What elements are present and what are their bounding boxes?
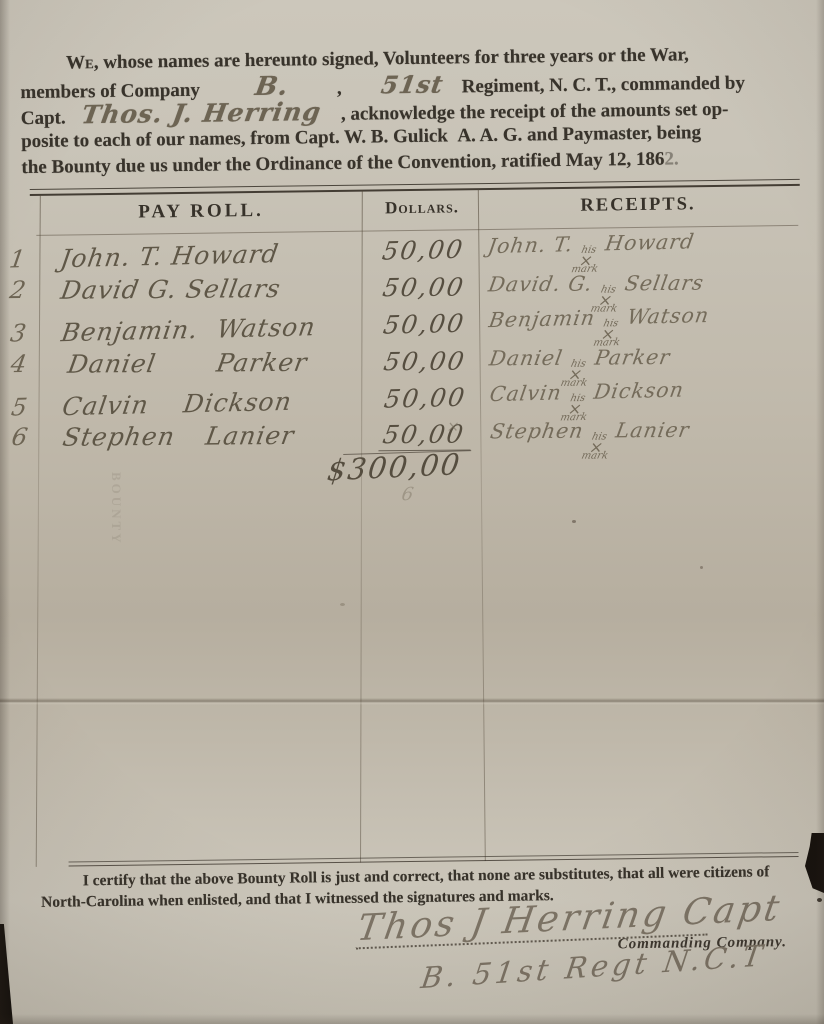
intro-line-5-text: the Bounty due us under the Ordinance of… bbox=[21, 149, 664, 178]
bounty-amount: 50,00 bbox=[380, 235, 466, 266]
receipt-name-pre: Benjamin bbox=[487, 305, 597, 332]
row-number: 1 bbox=[7, 245, 28, 273]
column-header-dollars: Dollars. bbox=[364, 197, 480, 229]
receipt-name-post: Howard bbox=[604, 229, 697, 255]
soldier-name: Daniel Parker bbox=[66, 347, 310, 378]
soldier-name: David G. Sellars bbox=[59, 274, 283, 305]
receipt-name-pre: John. T. bbox=[486, 232, 575, 258]
paper-edge-shadow-left bbox=[0, 0, 10, 1024]
receipt-name-post: Watson bbox=[626, 303, 711, 329]
regiment-number-handwritten: 51st bbox=[380, 72, 446, 99]
receipt-name-pre: David. G. bbox=[487, 271, 595, 296]
paper-speck bbox=[340, 603, 345, 606]
bounty-amount: 50,00 bbox=[381, 272, 467, 302]
spacer bbox=[342, 93, 382, 94]
company-letter-handwritten: B. bbox=[254, 74, 291, 100]
total-amount: $300,00 bbox=[325, 447, 463, 488]
receipt-name-pre: Stephen bbox=[489, 419, 586, 444]
scanned-bounty-roll-document: We, whose names are hereunto signed, Vol… bbox=[0, 0, 824, 1024]
row-number: 5 bbox=[9, 393, 30, 421]
his-mark-stack: his×mark bbox=[593, 320, 625, 348]
spacer bbox=[289, 94, 337, 95]
row-number: 2 bbox=[8, 276, 29, 304]
paper-speck bbox=[572, 520, 576, 523]
soldier-name: Calvin Dickson bbox=[60, 386, 294, 421]
bounty-amount: 50,00 bbox=[382, 346, 468, 376]
spacer bbox=[200, 95, 256, 96]
fold-crease bbox=[0, 698, 824, 705]
column-header-payroll: PAY ROLL. bbox=[38, 199, 364, 233]
soldier-name: Benjamin. Watson bbox=[59, 312, 317, 347]
receipt-signature: Calvinhis×markDickson bbox=[485, 377, 685, 424]
captain-name-handwritten: Thos. J. Herring bbox=[80, 99, 323, 128]
receipt-name-pre: Calvin bbox=[488, 380, 563, 406]
paper-edge-shadow-bottom bbox=[0, 1014, 824, 1024]
soldier-name: Stephen Lanier bbox=[61, 421, 297, 452]
intro-paragraph: We, whose names are hereunto signed, Vol… bbox=[20, 41, 806, 181]
payroll-rows: 1 John. T. Howard 50,00 John. T.his×mark… bbox=[0, 231, 823, 463]
receipt-signature: John. T.his×markHoward bbox=[483, 229, 696, 276]
bleedthrough-stamp: BOUNTY bbox=[108, 472, 124, 546]
column-header-receipts: RECEIPTS. bbox=[480, 193, 796, 227]
table-header-row: PAY ROLL. Dollars. RECEIPTS. bbox=[0, 0, 817, 5]
receipt-name-pre: Daniel bbox=[488, 345, 565, 370]
faded-year-digit: 2. bbox=[664, 148, 679, 169]
row-number: 3 bbox=[8, 319, 29, 347]
receipt-name-post: Dickson bbox=[592, 377, 686, 403]
flourish-below-total: 6 bbox=[400, 484, 416, 505]
receipt-signature: Benjaminhis×markWatson bbox=[484, 303, 711, 350]
his-mark-stack: his×mark bbox=[571, 246, 603, 274]
intro-lead-word: We, bbox=[66, 52, 99, 73]
unit-designation-handwritten: B. 51st Regt N.C.T bbox=[419, 938, 769, 995]
receipt-name-post: Parker bbox=[593, 345, 672, 370]
row-number: 4 bbox=[9, 350, 30, 378]
paper-edge-shadow-right bbox=[816, 0, 824, 1024]
row-number: 6 bbox=[10, 423, 31, 451]
intro-line-3-text-a: Capt. bbox=[21, 108, 66, 130]
bounty-amount: 50,00 bbox=[381, 308, 467, 339]
paper-speck bbox=[700, 566, 703, 569]
his-mark-stack: his×mark bbox=[581, 434, 614, 461]
receipt-name-post: Lanier bbox=[614, 418, 692, 443]
mark-label-mark: mark bbox=[581, 453, 609, 461]
soldier-name: John. T. Howard bbox=[58, 239, 281, 273]
bounty-amount: 50,00 bbox=[382, 382, 468, 413]
receipt-name-post: Sellars bbox=[623, 271, 706, 296]
receipt-signature: Stephenhis×markLanier bbox=[486, 418, 692, 462]
intro-line-2-comma: , bbox=[337, 78, 342, 99]
